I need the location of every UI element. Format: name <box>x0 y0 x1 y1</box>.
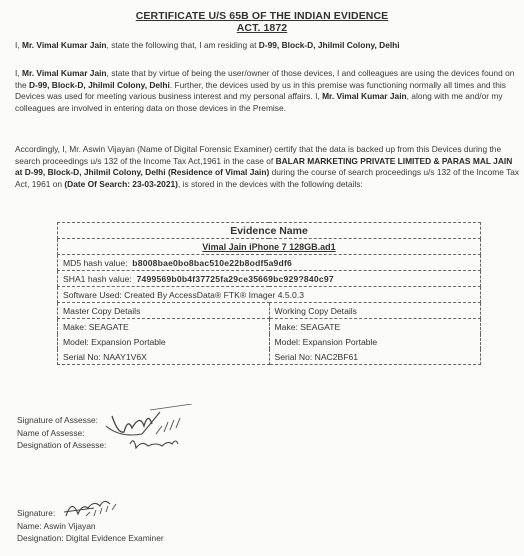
assessee-name: Mr. Vimal Kumar Jain <box>22 68 107 78</box>
sha1-value: 7499569b0b4f37725fa29ce35669bc929?840c97 <box>137 274 334 284</box>
master-make: Make: SEAGATE <box>58 319 270 335</box>
text: I, <box>15 68 22 78</box>
text: I, <box>15 40 22 50</box>
master-copy-heading: Master Copy Details <box>58 303 270 319</box>
paragraph-device-usage: I, Mr. Vimal Kumar Jain, state that by v… <box>15 68 520 114</box>
assessee-signature-label: Signature of Assesse: <box>17 414 106 427</box>
assessee-designation-label: Designation of Assesse: <box>17 439 106 452</box>
sha1-cell: SHA1 hash value: 7499569b0b4f37725fa29ce… <box>58 271 481 287</box>
master-serial: Serial No: NAAY1V6X <box>58 349 270 365</box>
working-model: Model: Expansion Portable <box>269 334 481 349</box>
assessee-signature-block: Signature of Assesse: Name of Assesse: D… <box>17 414 106 452</box>
md5-value: b8008bae0bo8bac510e22b8odf5a9df6 <box>132 258 292 268</box>
text: , is stored in the devices with the foll… <box>178 179 363 189</box>
examiner-designation: Designation: Digital Evidence Examiner <box>17 532 164 545</box>
text: , state the following that, I am residin… <box>107 40 259 50</box>
assessee-address: D-99, Block-D, Jhilmil Colony, Delhi <box>259 40 400 50</box>
certificate-title-line1: CERTIFICATE U/S 65B OF THE INDIAN EVIDEN… <box>0 10 524 22</box>
working-serial: Serial No: NAC2BF61 <box>269 349 481 365</box>
search-date: (Date Of Search: 23-03-2021) <box>64 179 178 189</box>
sha1-label: SHA1 hash value: <box>63 274 132 284</box>
software-used: Software Used: Created By AccessData® FT… <box>63 290 304 300</box>
examiner-handwritten-signature-icon <box>60 494 130 524</box>
md5-cell: MD5 hash value: b8008bae0bo8bac510e22b8o… <box>58 255 481 271</box>
assessee-name: Mr. Vimal Kumar Jain <box>22 40 107 50</box>
assessee-name-label: Name of Assesse: <box>17 427 106 440</box>
working-make: Make: SEAGATE <box>269 319 481 335</box>
evidence-header: Evidence Name <box>230 225 308 237</box>
assessee-name: Mr. Vimal Kumar Jain <box>322 91 407 101</box>
paragraph-residence: I, Mr. Vimal Kumar Jain, state the follo… <box>15 40 520 52</box>
md5-label: MD5 hash value: <box>63 258 128 268</box>
certificate-title-line2: ACT. 1872 <box>0 22 524 34</box>
evidence-file-cell: Vimal Jain iPhone 7 128GB.ad1 <box>58 239 481 255</box>
evidence-file-name: Vimal Jain iPhone 7 128GB.ad1 <box>202 242 335 252</box>
paragraph-certification: Accordingly, I, Mr. Aswin Vijayan (Name … <box>15 144 520 190</box>
evidence-table: Evidence Name Vimal Jain iPhone 7 128GB.… <box>57 222 481 365</box>
master-model: Model: Expansion Portable <box>58 334 270 349</box>
device-address: D-99, Block-D, Jhilmil Colony, Delhi <box>29 80 170 90</box>
evidence-header-cell: Evidence Name <box>58 223 481 239</box>
assessee-handwritten-signature-icon <box>100 404 210 454</box>
software-cell: Software Used: Created By AccessData® FT… <box>58 287 481 303</box>
working-copy-heading: Working Copy Details <box>269 303 481 319</box>
